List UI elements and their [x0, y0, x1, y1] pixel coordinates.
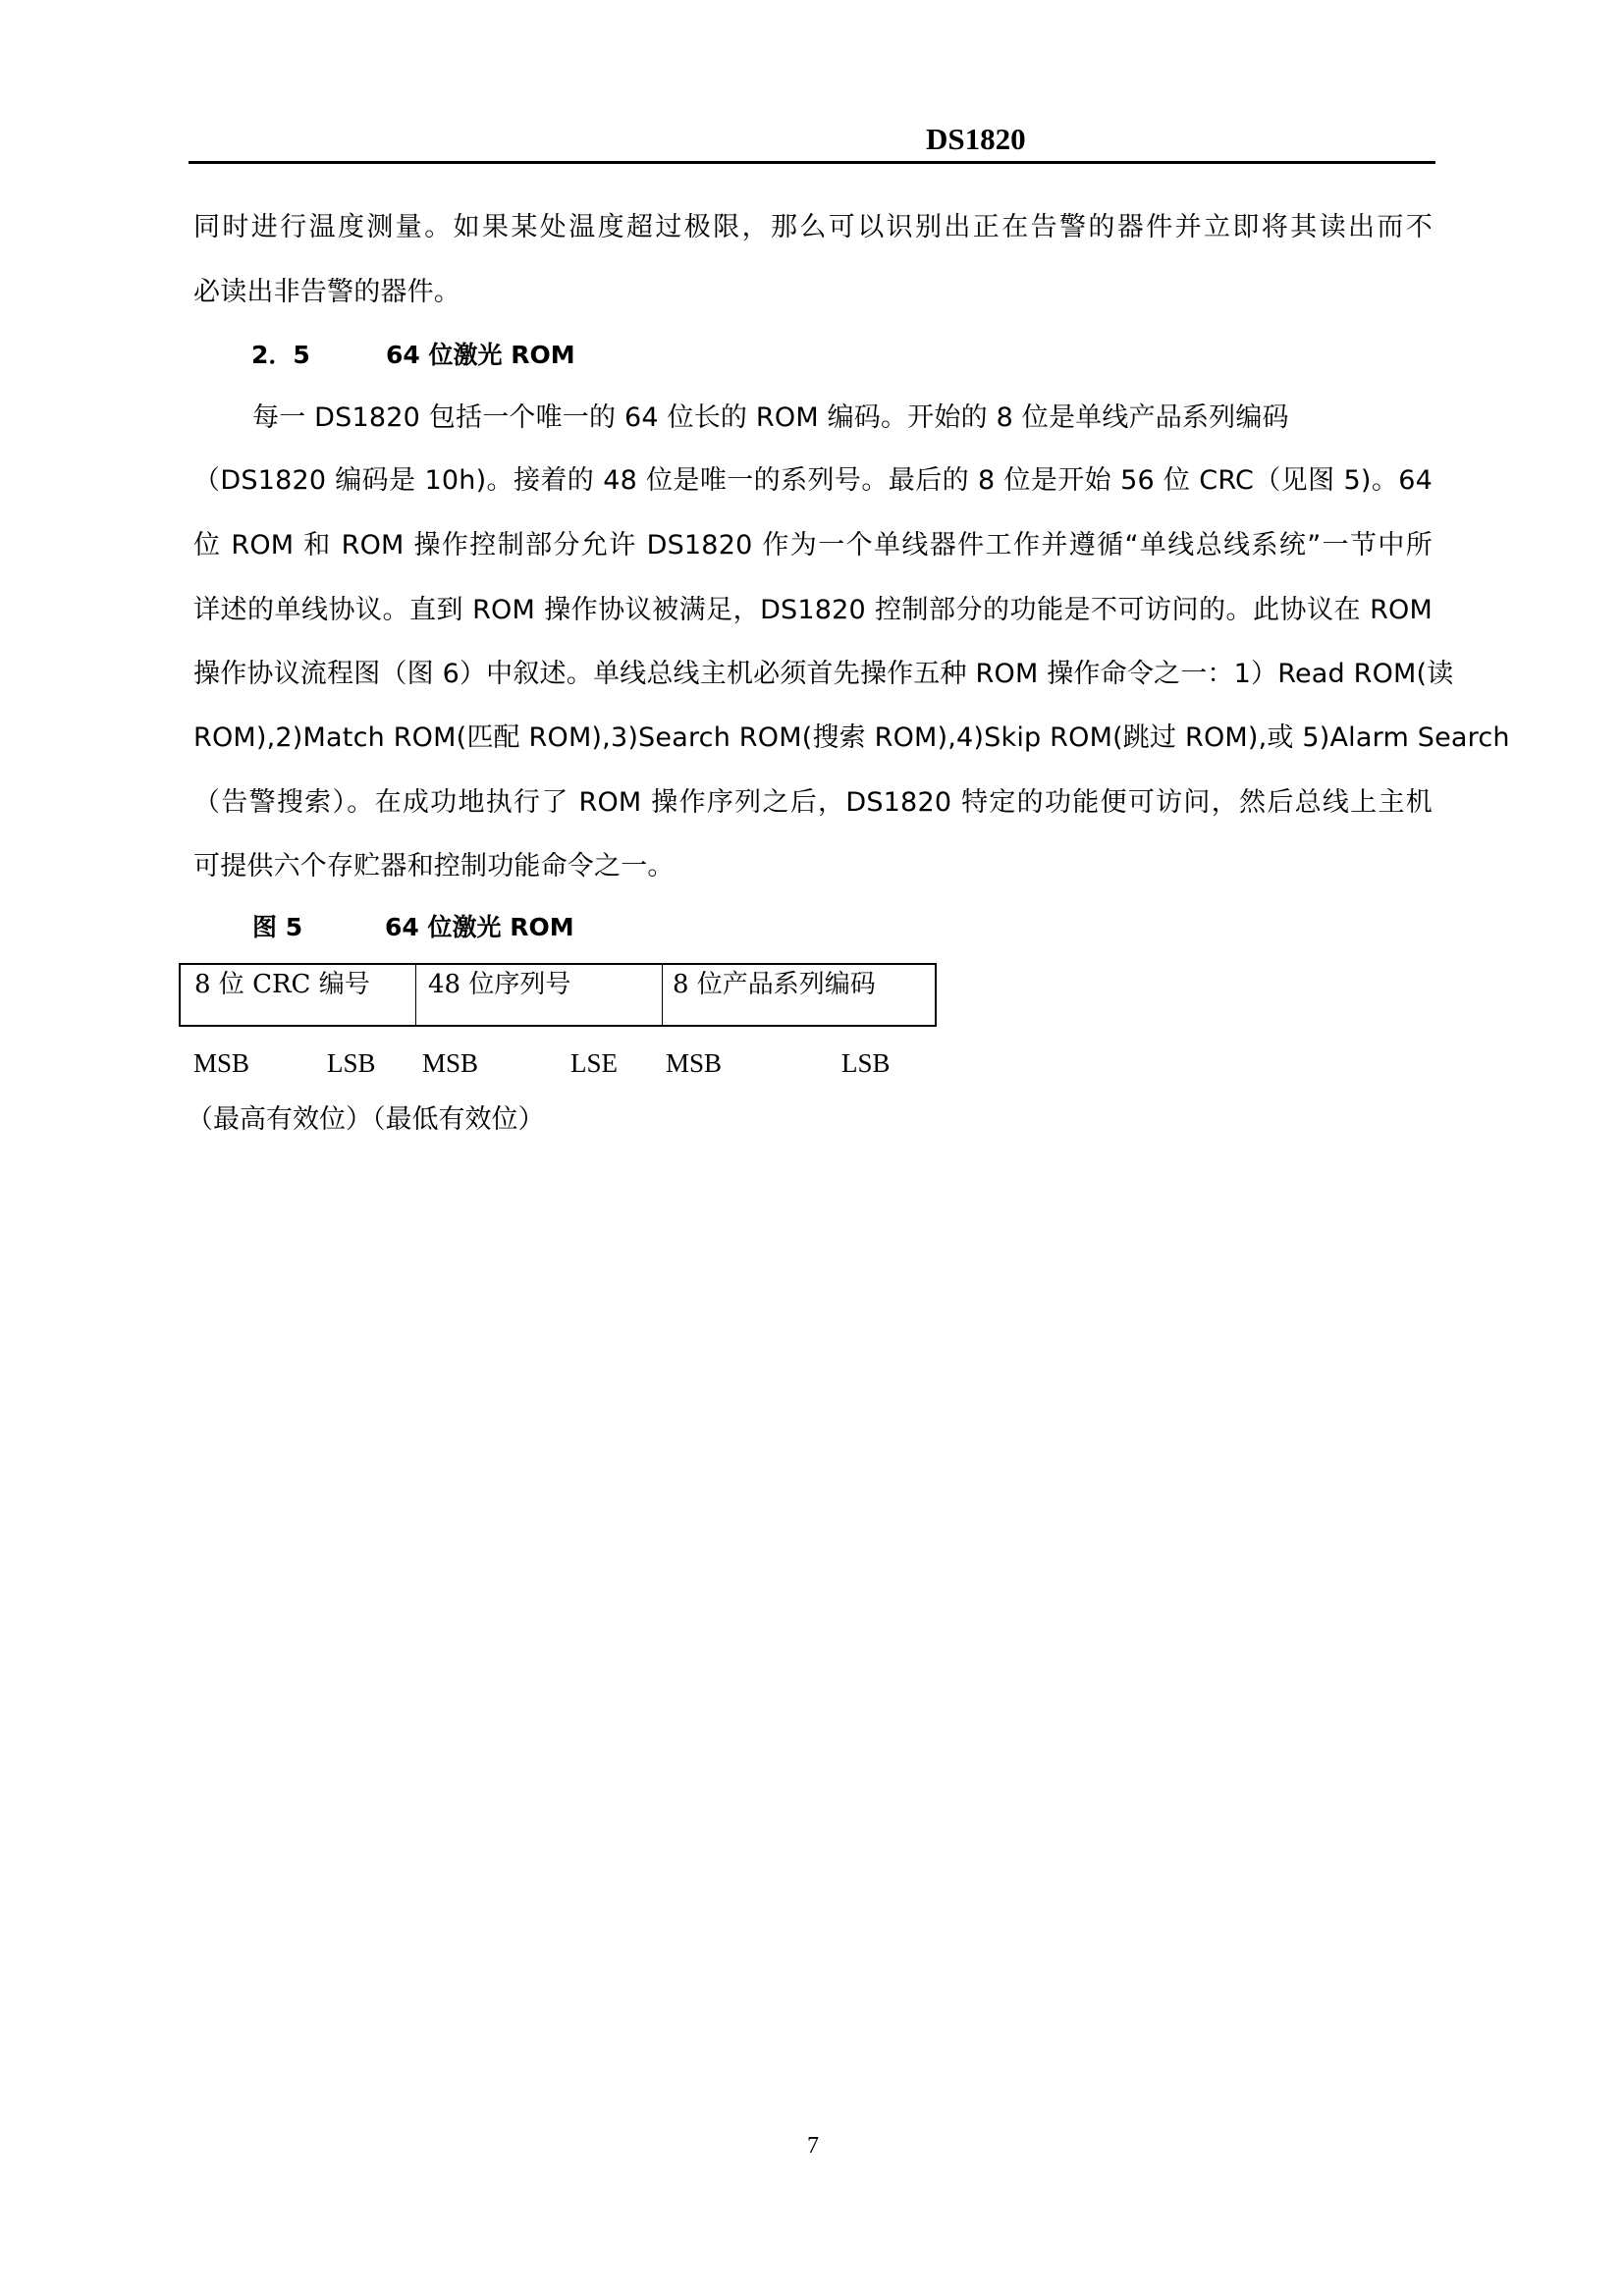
section-title: 64 位激光 ROM [386, 341, 575, 369]
section-heading: 2．564 位激光 ROM [251, 340, 575, 371]
text-line: 操作协议流程图（图 6）中叙述。单线总线主机必须首先操作五种 ROM 操作命令之… [193, 658, 1433, 691]
text-line: （告警搜索）。在成功地执行了 ROM 操作序列之后，DS1820 特定的功能便可… [193, 786, 1433, 820]
section-number: 2．5 [251, 340, 386, 371]
rom-layout-table: 8 位 CRC 编号 48 位序列号 8 位产品系列编码 [179, 963, 937, 1027]
bit-label: LSB [841, 1046, 891, 1080]
bit-significance-note: （最高有效位）（最低有效位） [187, 1103, 545, 1137]
bit-label: MSB [422, 1046, 478, 1080]
text-line: 每一 DS1820 包括一个唯一的 64 位长的 ROM 编码。开始的 8 位是… [252, 401, 1433, 435]
figure-caption: 图 564 位激光 ROM [252, 911, 574, 944]
bit-label: MSB [666, 1046, 722, 1080]
page-number: 7 [807, 2132, 819, 2160]
text-line: 位 ROM 和 ROM 操作控制部分允许 DS1820 作为一个单线器件工作并遵… [193, 529, 1433, 562]
bit-label: MSB [193, 1046, 249, 1080]
text-line: 必读出非告警的器件。 [193, 276, 1433, 309]
page-title: DS1820 [926, 122, 1026, 157]
header-divider [189, 161, 1435, 164]
bit-label: LSE [570, 1046, 618, 1080]
figure-title: 64 位激光 ROM [385, 913, 574, 941]
bit-label: LSB [327, 1046, 376, 1080]
rom-cell-serial: 48 位序列号 [416, 965, 663, 1025]
text-line: 详述的单线协议。直到 ROM 操作协议被满足，DS1820 控制部分的功能是不可… [193, 594, 1433, 627]
rom-cell-family: 8 位产品系列编码 [663, 965, 935, 1025]
text-line: （DS1820 编码是 10h)。接着的 48 位是唯一的系列号。最后的 8 位… [193, 464, 1433, 498]
figure-label: 图 5 [252, 911, 385, 944]
text-line: 可提供六个存贮器和控制功能命令之一。 [193, 850, 1433, 883]
text-line: ROM),2)Match ROM(匹配 ROM),3)Search ROM(搜索… [193, 721, 1433, 755]
text-line: 同时进行温度测量。如果某处温度超过极限，那么可以识别出正在告警的器件并立即将其读… [193, 211, 1433, 244]
rom-cell-crc: 8 位 CRC 编号 [181, 965, 416, 1025]
